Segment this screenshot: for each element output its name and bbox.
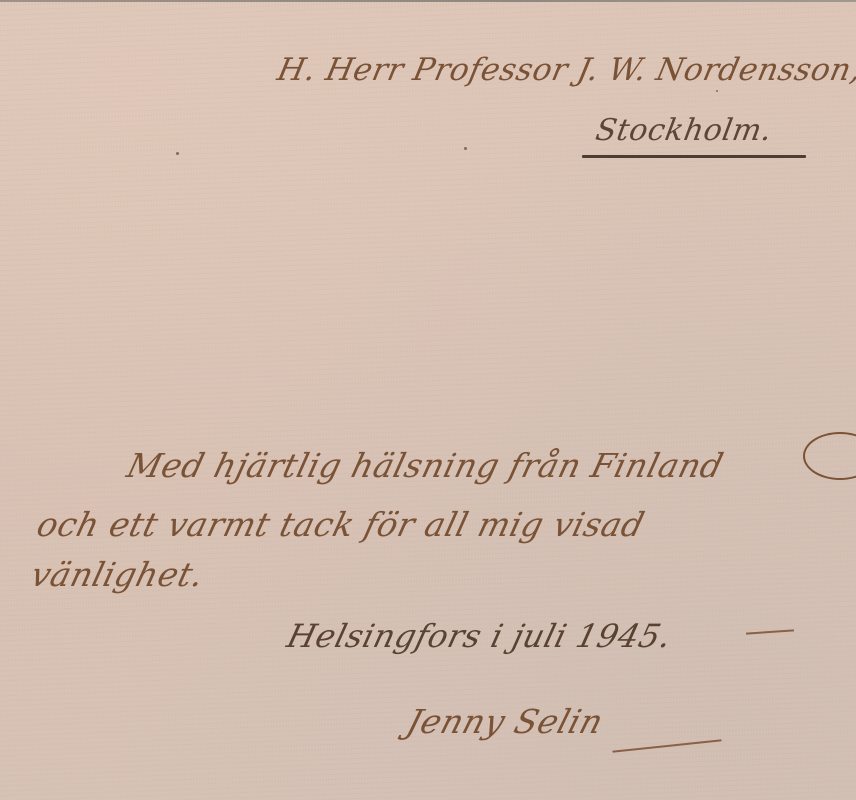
place-date: Helsingfors i juli 1945.	[283, 617, 675, 655]
ink-speck	[716, 90, 718, 92]
signature-flourish	[612, 739, 722, 752]
city-underline	[582, 155, 806, 158]
recipient-address: H. Herr Professor J. W. Nordensson,	[274, 52, 856, 88]
ink-speck	[464, 147, 467, 150]
paper-top-edge	[0, 0, 856, 2]
body-line-2: och ett varmt tack för all mig visad	[33, 505, 648, 544]
letter-page: H. Herr Professor J. W. Nordensson, Stoc…	[0, 0, 856, 800]
ink-speck	[176, 152, 179, 155]
signature: Jenny Selin	[402, 702, 608, 741]
body-line-3: vänlighet.	[27, 555, 208, 594]
recipient-city: Stockholm.	[593, 113, 775, 148]
closing-flourish	[746, 629, 794, 634]
flourish-loop	[803, 432, 856, 480]
body-line-1: Med hjärtlig hälsning från Finland	[123, 446, 727, 485]
